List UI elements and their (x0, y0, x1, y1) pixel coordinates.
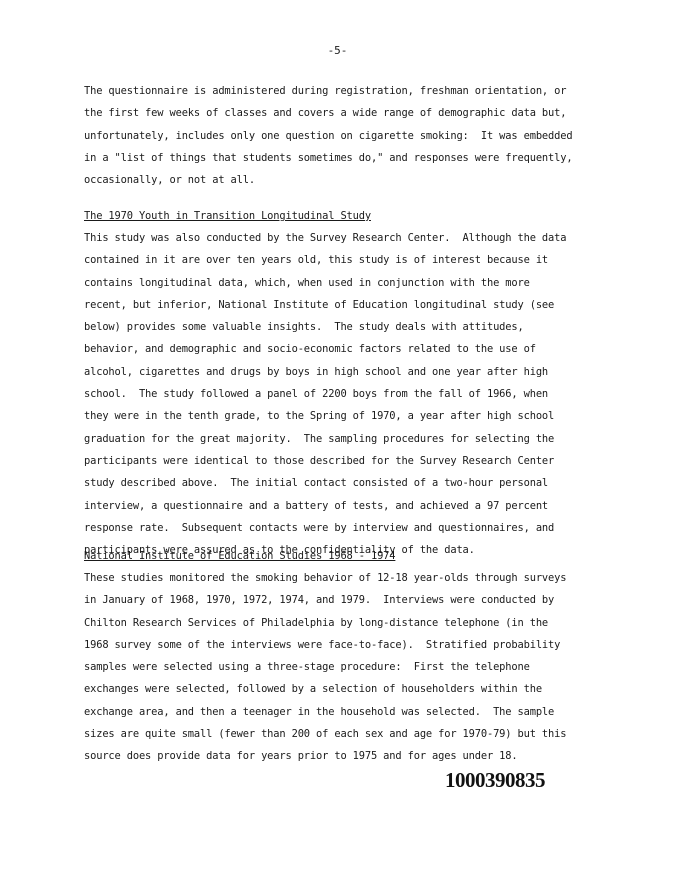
text-line: the first few weeks of classes and cover… (84, 102, 624, 124)
text-line: Chilton Research Services of Philadelphi… (84, 612, 624, 634)
youth-in-transition-paragraph: This study was also conducted by the Sur… (84, 227, 624, 561)
text-line: recent, but inferior, National Institute… (84, 294, 624, 316)
text-line: participants were identical to those des… (84, 450, 624, 472)
section-heading-nie-studies: National Institute of Education Studies … (84, 548, 624, 564)
text-line: graduation for the great majority. The s… (84, 428, 624, 450)
text-line: exchange area, and then a teenager in th… (84, 701, 624, 723)
text-line: samples were selected using a three-stag… (84, 656, 624, 678)
text-line: The questionnaire is administered during… (84, 80, 624, 102)
nie-studies-paragraph: These studies monitored the smoking beha… (84, 567, 624, 768)
text-line: contains longitudinal data, which, when … (84, 272, 624, 294)
text-line: in a "list of things that students somet… (84, 147, 624, 169)
text-line: 1968 survey some of the interviews were … (84, 634, 624, 656)
text-line: below) provides some valuable insights. … (84, 316, 624, 338)
document-page: -5- The questionnaire is administered du… (0, 0, 675, 869)
text-line: occasionally, or not at all. (84, 169, 624, 191)
text-line: response rate. Subsequent contacts were … (84, 517, 624, 539)
section-heading: The 1970 Youth in Transition Longitudina… (84, 208, 624, 224)
text-line: These studies monitored the smoking beha… (84, 567, 624, 589)
text-line: contained in it are over ten years old, … (84, 249, 624, 271)
text-line: interview, a questionnaire and a battery… (84, 495, 624, 517)
text-line: unfortunately, includes only one questio… (84, 125, 624, 147)
text-line: This study was also conducted by the Sur… (84, 227, 624, 249)
text-line: alcohol, cigarettes and drugs by boys in… (84, 361, 624, 383)
text-line: behavior, and demographic and socio-econ… (84, 338, 624, 360)
text-line: sizes are quite small (fewer than 200 of… (84, 723, 624, 745)
document-id-stamp: 1000390835 (445, 768, 545, 793)
text-line: they were in the tenth grade, to the Spr… (84, 405, 624, 427)
section-heading-youth-in-transition: The 1970 Youth in Transition Longitudina… (84, 208, 624, 224)
text-line: exchanges were selected, followed by a s… (84, 678, 624, 700)
text-line: study described above. The initial conta… (84, 472, 624, 494)
text-line: source does provide data for years prior… (84, 745, 624, 767)
text-line: school. The study followed a panel of 22… (84, 383, 624, 405)
intro-paragraph: The questionnaire is administered during… (84, 80, 624, 191)
text-line: in January of 1968, 1970, 1972, 1974, an… (84, 589, 624, 611)
page-number: -5- (0, 44, 675, 57)
section-heading: National Institute of Education Studies … (84, 548, 624, 564)
